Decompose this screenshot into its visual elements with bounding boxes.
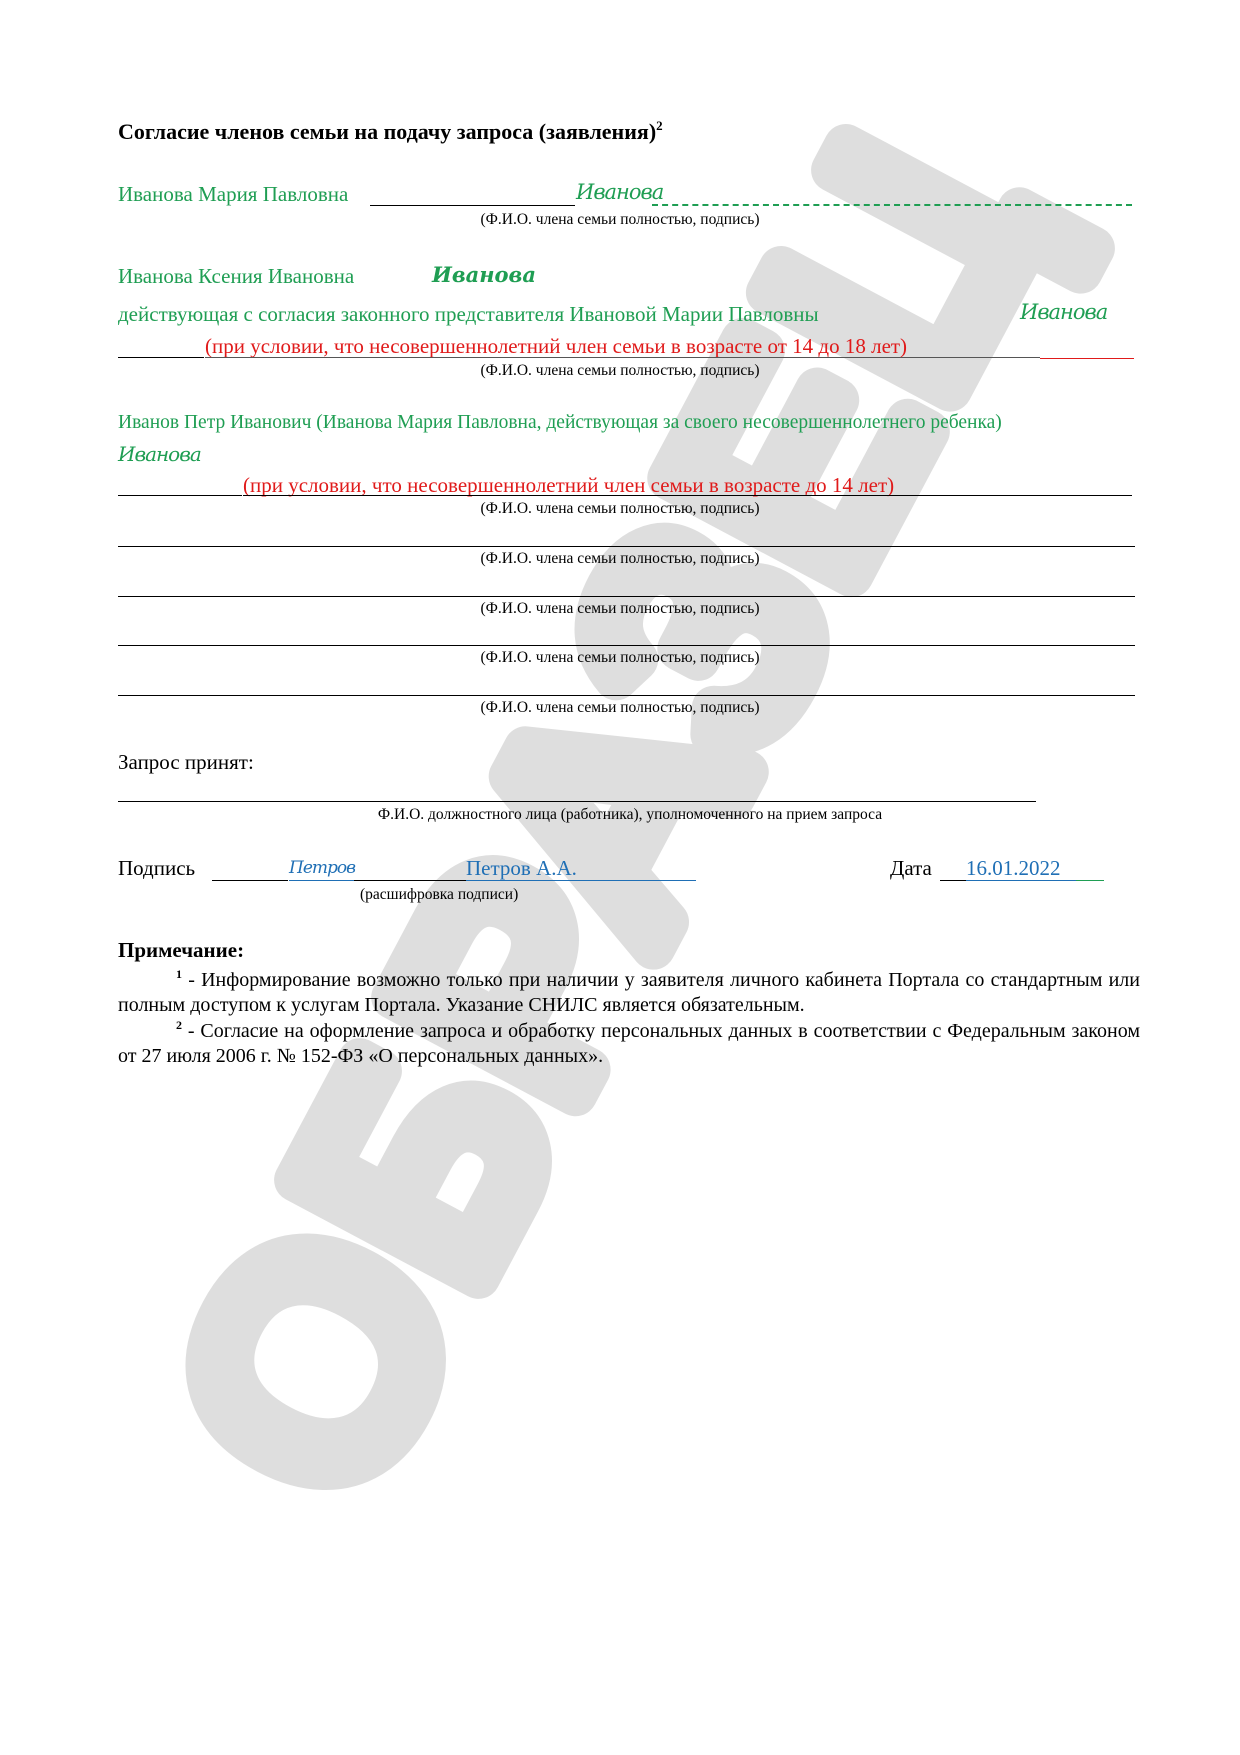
member-3-signature: Иванова — [118, 442, 201, 466]
member-2-blank-line-left — [118, 357, 204, 358]
member-2-caption: (Ф.И.О. члена семьи полностью, подпись) — [370, 362, 870, 380]
member-1-name: Иванова Мария Павловна — [118, 182, 348, 207]
member-2-blank-line-right — [1040, 358, 1134, 359]
member-4-caption: (Ф.И.О. члена семьи полностью, подпись) — [370, 550, 870, 568]
member-7-line[interactable] — [118, 695, 1135, 696]
note-1: 1 - Информирование возможно только при н… — [118, 962, 1140, 1017]
note-2-text: - Согласие на оформление запроса и обраб… — [118, 1020, 1140, 1067]
decoded-caption: (расшифровка подписи) — [360, 886, 518, 904]
member-2-condition-underline — [205, 357, 1040, 358]
date-line-left — [940, 880, 966, 881]
member-3-blank-line-left — [118, 495, 242, 496]
member-3-name: Иванов Петр Иванович (Иванова Мария Павл… — [118, 412, 1002, 434]
staff-signature: Петров — [289, 858, 355, 878]
title-footnote-mark: 2 — [656, 118, 663, 133]
decoded-name-underline — [466, 880, 696, 881]
date-underline — [966, 880, 1076, 881]
official-caption: Ф.И.О. должностного лица (работника), уп… — [320, 806, 940, 824]
document-page: ОБРАЗЕЦ Согласие членов семьи на подачу … — [0, 0, 1240, 1755]
member-1-caption: (Ф.И.О. члена семьи полностью, подпись) — [370, 211, 870, 229]
date-label: Дата — [890, 856, 932, 881]
page-title: Согласие членов семьи на подачу запроса … — [118, 118, 663, 145]
member-1-signature: Иванова — [576, 180, 663, 204]
member-3-condition-underline — [243, 495, 1011, 496]
member-7-caption: (Ф.И.О. члена семьи полностью, подпись) — [370, 699, 870, 717]
date-value: 16.01.2022 — [966, 856, 1061, 881]
member-5-line[interactable] — [118, 596, 1135, 597]
member-2-condition: (при условии, что несовершеннолетний чле… — [205, 334, 907, 359]
note-2: 2 - Согласие на оформление запроса и обр… — [118, 1013, 1140, 1068]
date-line-right — [1076, 880, 1104, 881]
staff-signature-underline — [289, 880, 354, 881]
member-2-signature: Иванова — [432, 262, 536, 287]
member-5-caption: (Ф.И.О. члена семьи полностью, подпись) — [370, 600, 870, 618]
decoded-name: Петров А.А. — [466, 856, 577, 881]
member-2-representative-signature: Иванова — [1020, 300, 1107, 324]
member-2-name: Иванова Ксения Ивановна — [118, 264, 354, 289]
member-4-line[interactable] — [118, 546, 1135, 547]
member-1-signature-line — [652, 204, 1132, 206]
member-2-representative: действующая с согласия законного предста… — [118, 302, 819, 327]
note-1-text: - Информирование возможно только при нал… — [118, 969, 1140, 1016]
acceptance-label: Запрос принят: — [118, 750, 254, 775]
signature-label: Подпись — [118, 856, 195, 881]
signature-line-mid — [354, 880, 466, 881]
official-name-line[interactable] — [118, 801, 1036, 802]
member-1-blank-line — [370, 205, 575, 206]
member-6-line[interactable] — [118, 645, 1135, 646]
signature-line-left — [212, 880, 288, 881]
title-text: Согласие членов семьи на подачу запроса … — [118, 119, 656, 144]
member-3-caption: (Ф.И.О. члена семьи полностью, подпись) — [370, 500, 870, 518]
member-3-blank-line-right — [1011, 495, 1132, 496]
member-6-caption: (Ф.И.О. члена семьи полностью, подпись) — [370, 649, 870, 667]
notes-heading: Примечание: — [118, 938, 244, 963]
